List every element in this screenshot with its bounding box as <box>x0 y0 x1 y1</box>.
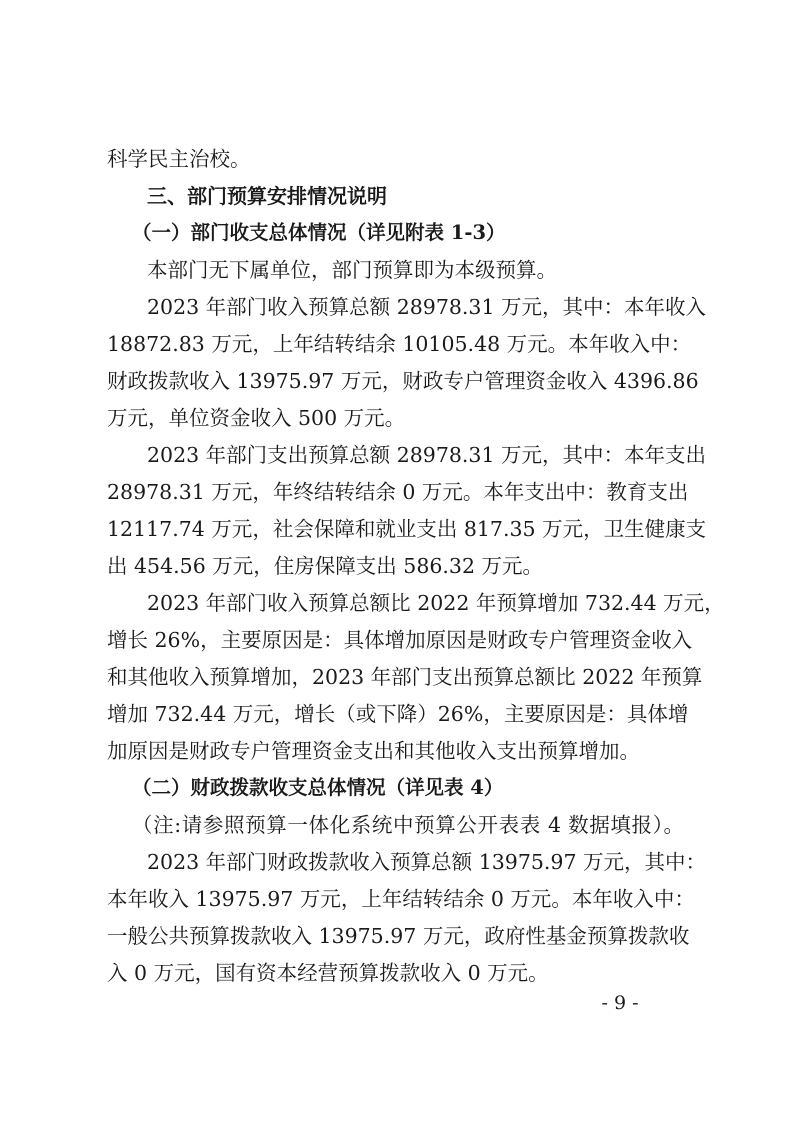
note-line: （注:请参照预算一体化系统中预算公开表表 4 数据填报）。 <box>132 810 684 840</box>
subsection-heading-fiscal-appropriation: （二）财政拨款收支总体情况（详见表 4） <box>132 773 684 803</box>
paragraph-line: 出 454.56 万元，住房保障支出 586.32 万元。 <box>107 551 684 581</box>
paragraph-line: 2023 年部门收入预算总额比 2022 年预算增加 732.44 万元， <box>147 588 684 618</box>
paragraph-line: 一般公共预算拨款收入 13975.97 万元，政府性基金预算拨款收 <box>107 921 684 951</box>
paragraph-line: 入 0 万元，国有资本经营预算拨款收入 0 万元。 <box>107 958 684 988</box>
paragraph-line: 2023 年部门财政拨款收入预算总额 13975.97 万元，其中： <box>147 847 684 877</box>
document-page: 科学民主治校。 三、部门预算安排情况说明 （一）部门收支总体情况（详见附表 1-… <box>0 0 793 1122</box>
paragraph-line: 财政拨款收入 13975.97 万元，财政专户管理资金收入 4396.86 <box>107 366 684 396</box>
paragraph-line: 万元，单位资金收入 500 万元。 <box>107 403 684 433</box>
paragraph-line: 加原因是财政专户管理资金支出和其他收入支出预算增加。 <box>107 736 684 766</box>
paragraph-line: 本年收入 13975.97 万元，上年结转结余 0 万元。本年收入中： <box>107 884 684 914</box>
paragraph-line: 2023 年部门收入预算总额 28978.31 万元，其中：本年收入 <box>147 292 684 322</box>
section-heading-budget-explanation: 三、部门预算安排情况说明 <box>147 181 684 211</box>
paragraph-line: 28978.31 万元，年终结转结余 0 万元。本年支出中：教育支出 <box>107 477 684 507</box>
paragraph-line-continuation: 科学民主治校。 <box>107 144 684 174</box>
page-number: - 9 - <box>590 990 650 1016</box>
paragraph-line: 增长 26%，主要原因是：具体增加原因是财政专户管理资金收入 <box>107 625 684 655</box>
paragraph-line: 增加 732.44 万元，增长（或下降）26%，主要原因是：具体增 <box>107 699 684 729</box>
subsection-heading-income-expenditure: （一）部门收支总体情况（详见附表 1-3） <box>132 218 684 248</box>
paragraph-line: 18872.83 万元，上年结转结余 10105.48 万元。本年收入中： <box>107 329 684 359</box>
paragraph-line: 2023 年部门支出预算总额 28978.31 万元，其中：本年支出 <box>147 440 684 470</box>
paragraph-line: 和其他收入预算增加，2023 年部门支出预算总额比 2022 年预算 <box>107 662 684 692</box>
paragraph-line: 12117.74 万元，社会保障和就业支出 817.35 万元，卫生健康支 <box>107 514 684 544</box>
paragraph-line: 本部门无下属单位，部门预算即为本级预算。 <box>147 255 684 285</box>
